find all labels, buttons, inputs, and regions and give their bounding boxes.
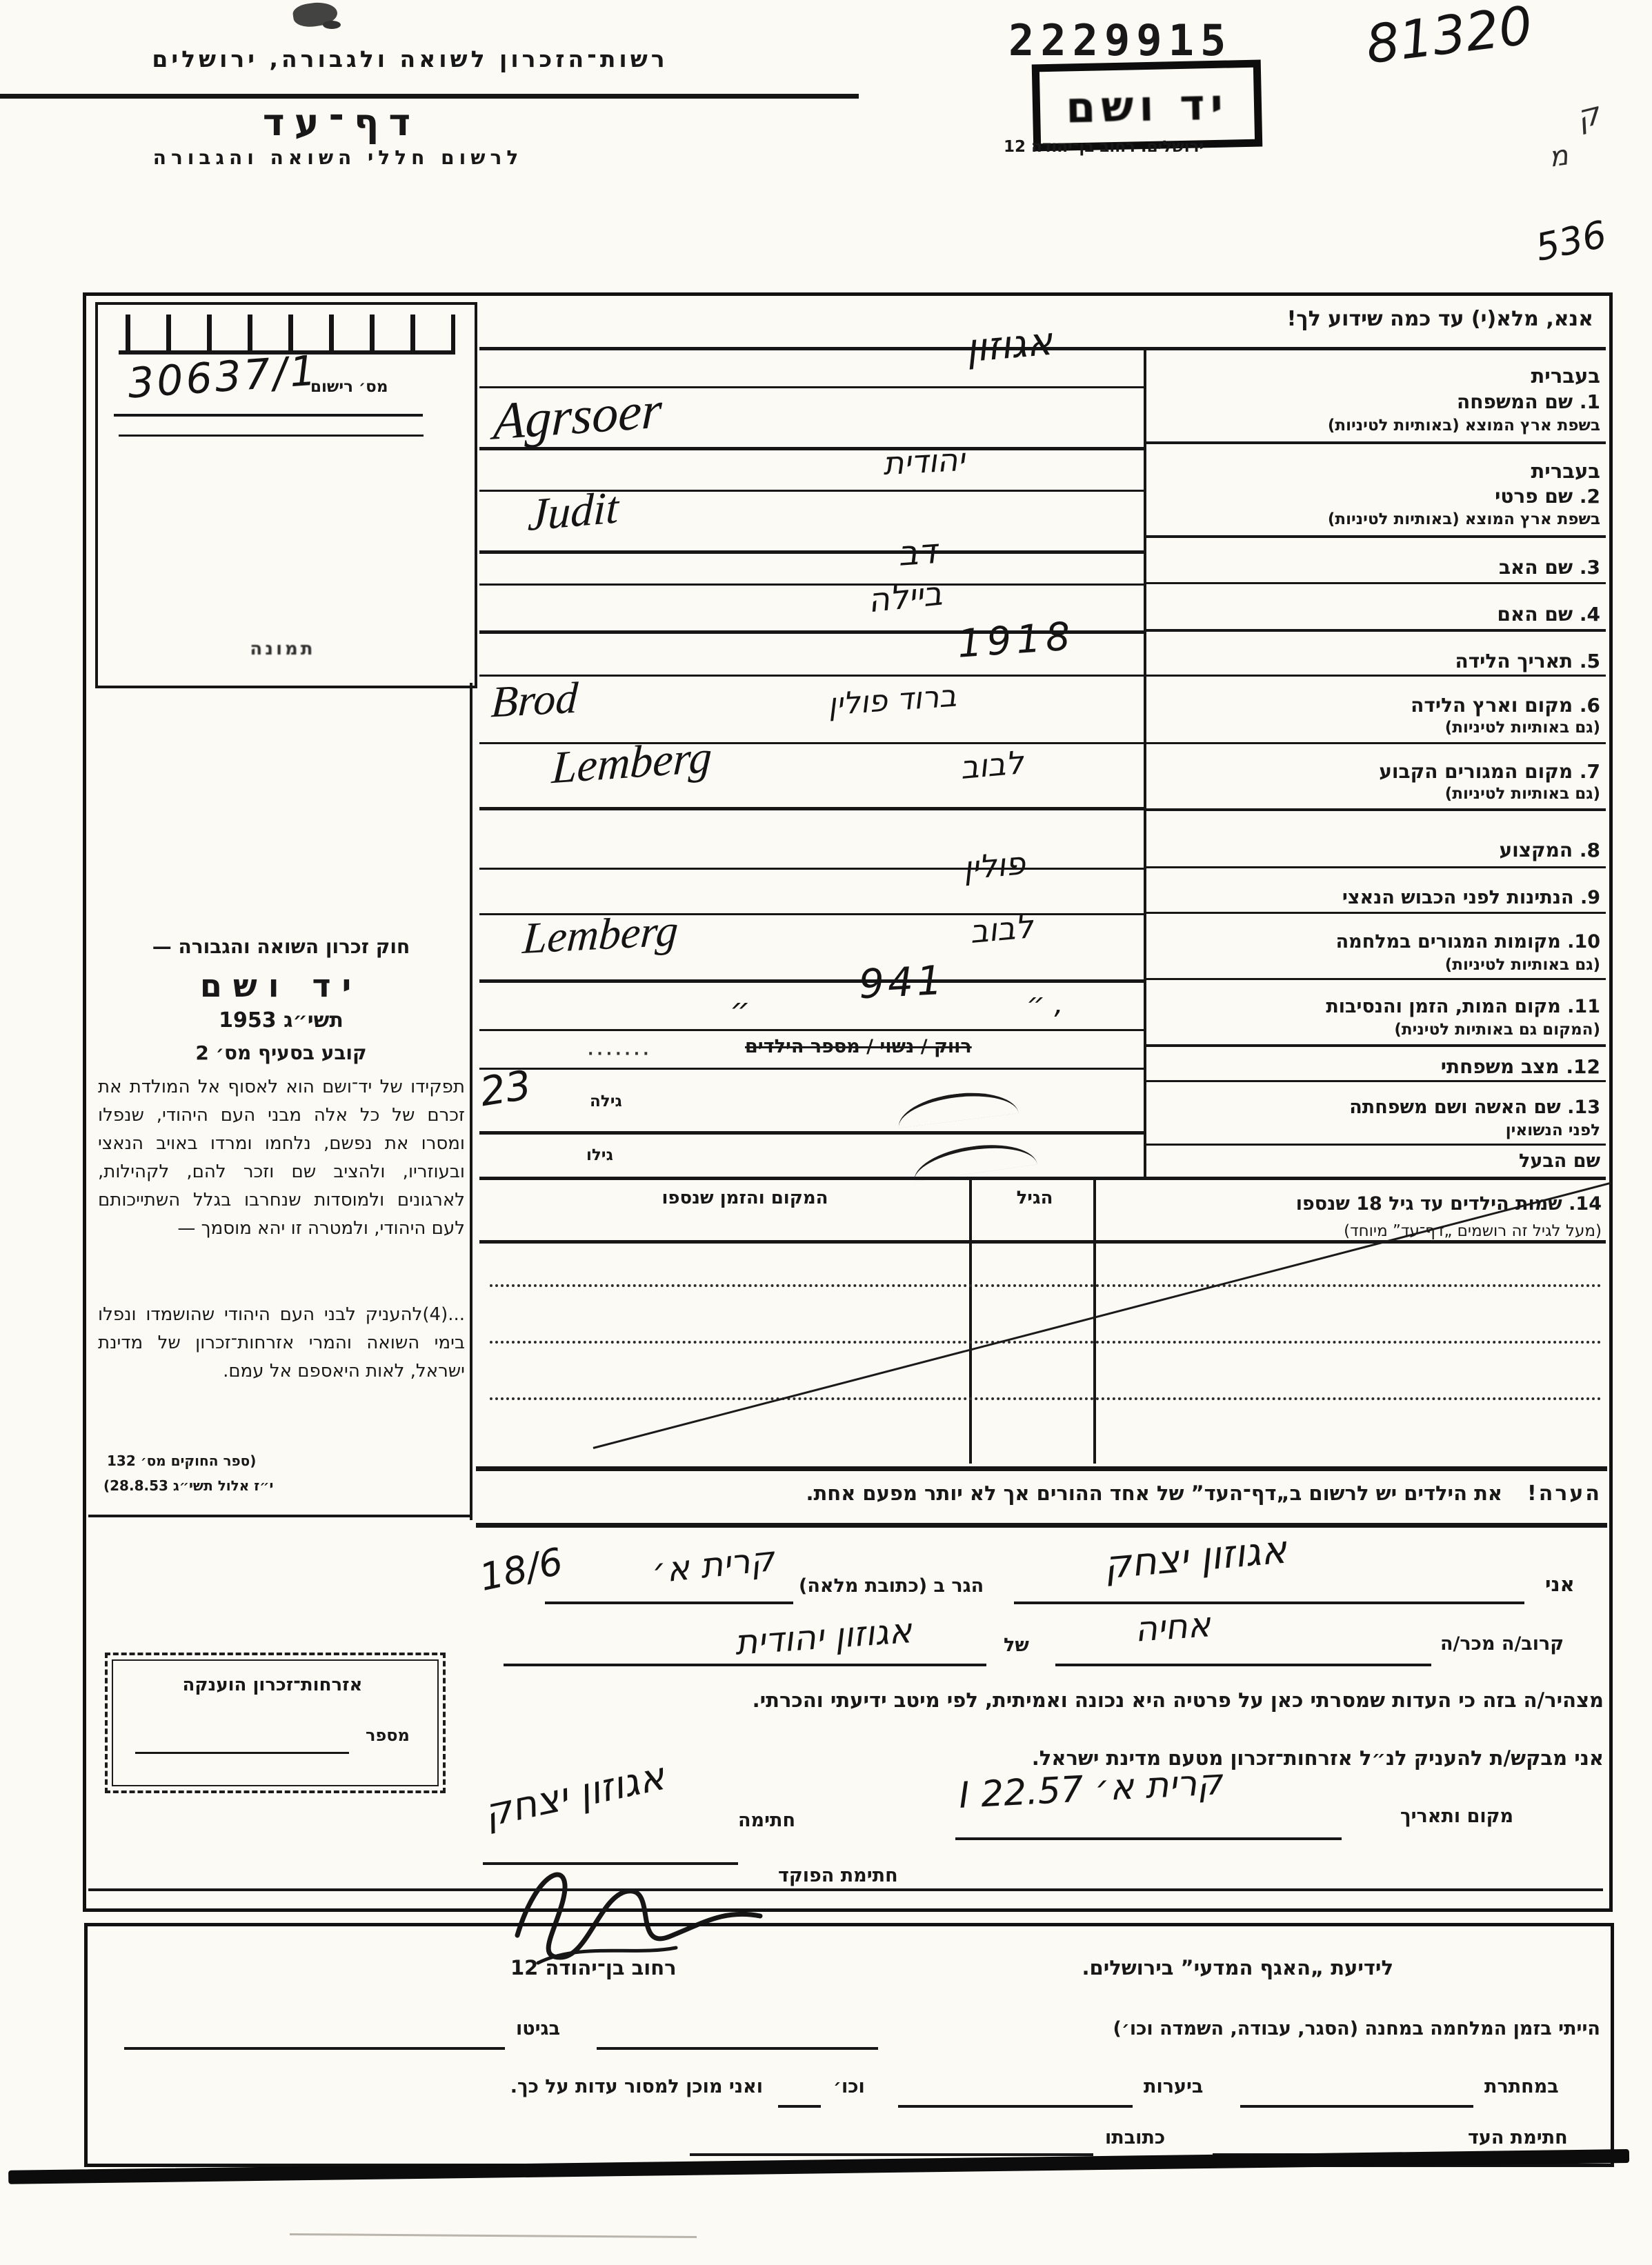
bottom-line-3a <box>1240 2105 1473 2108</box>
field-death-label: 11. מקום המות, הזמן והנסיבות <box>1148 996 1600 1017</box>
entry-birth-date: 1918 <box>956 614 1077 667</box>
photo-placeholder-label: תמונה <box>228 639 338 659</box>
declaration-of-label: של <box>1004 1635 1029 1656</box>
bottom-line-3c <box>778 2105 821 2108</box>
entry-citizenship: פולין <box>962 844 1027 887</box>
label-underline-12 <box>1146 1080 1606 1082</box>
entry-relation: אחיה <box>1133 1604 1212 1650</box>
entry-death-ditto-left: ״ <box>730 990 750 1028</box>
label-underline-10 <box>1146 978 1606 980</box>
bottom-info-row: לידיעת „האגף המדעי” בירושלים. רחוב בן־יה… <box>510 1956 1393 1979</box>
decl-line-1b <box>545 1602 793 1604</box>
entry-mother-name: ביילה <box>866 575 944 621</box>
field-spouse-label2: לפני הנשואין <box>1148 1121 1600 1139</box>
decl-line-5a <box>955 1837 1342 1840</box>
label-underline-6 <box>1146 742 1606 744</box>
bottom-ghetto-label: בגיטו <box>516 2018 560 2039</box>
write-line-2 <box>479 447 1144 450</box>
entry-father-name: דב <box>897 531 938 574</box>
stamped-number: 2229915 <box>1008 15 1232 66</box>
note-rule-top <box>476 1466 1607 1471</box>
handwritten-number: 81320 <box>1362 0 1535 75</box>
side-number: 536 <box>1532 212 1611 270</box>
field-first-lang-label: בעברית <box>1148 459 1600 483</box>
table-header-rule <box>479 1240 1606 1244</box>
field-residence-label: 7. מקום המגורים הקבוע <box>1148 760 1600 783</box>
entry-birthplace-latin: Brod <box>490 672 579 728</box>
field-father-label: 3. שם האב <box>1148 556 1600 579</box>
bottom-faint-line <box>290 2233 697 2238</box>
bottom-witness-sig-label: חתימת העד <box>1468 2127 1568 2148</box>
sidebar-footnote-1: (ספר החוקים מס׳ 132 <box>107 1453 256 1469</box>
clerk-signature-label: חתימת הפוקד <box>778 1865 898 1886</box>
note-row: הערה! את הילדים יש לרשום ב„דף־העד” של אח… <box>483 1481 1602 1506</box>
registration-line-2 <box>119 435 424 437</box>
citizenship-granted-box <box>105 1653 446 1793</box>
sidebar-law-paragraph2: ...(4)להעניק לבני העם היהודי שהושמדו ונפ… <box>98 1301 465 1386</box>
field-death-note: (המקום גם באותיות לטינית) <box>1148 1021 1600 1039</box>
label-underline-9 <box>1146 912 1606 914</box>
husband-age-label: גילו <box>586 1146 613 1164</box>
note-text: את הילדים יש לרשום ב„דף־העד” של אחד ההור… <box>806 1481 1502 1506</box>
signature-label: חתימה <box>738 1810 795 1831</box>
field-family-lang-label: בעברית <box>1148 364 1600 388</box>
bottom-line-3b <box>898 2105 1133 2108</box>
table-dotted-row-1 <box>490 1284 1602 1287</box>
scanned-testimony-page: רשות־הזכרון לשואה ולגבורה, ירושלים דף־עד… <box>0 0 1652 2265</box>
bottom-line-2b <box>124 2047 505 2050</box>
field-first-origin-note: בשפת ארץ המוצא (באותיות לטיניות) <box>1148 510 1600 528</box>
header-underline <box>0 94 859 99</box>
table-top-rule <box>479 1177 1606 1180</box>
entry-first-hebrew: יהודית <box>882 441 966 482</box>
registration-number-label: מס׳ רישום <box>310 378 388 396</box>
label-underline-13 <box>1146 1144 1606 1146</box>
note-rule-bottom <box>476 1523 1607 1528</box>
label-underline-5 <box>1146 675 1606 677</box>
write-line-12 <box>479 979 1144 983</box>
note-label: הערה! <box>1527 1481 1602 1506</box>
entry-family-latin: Agrsoer <box>492 380 663 452</box>
write-line-13 <box>479 1029 1144 1031</box>
table-col-place-time: המקום והזמן שנספו <box>573 1188 917 1208</box>
fill-instruction: אנא, מלא(י) עד כמה שידוע לך! <box>1117 307 1593 331</box>
entry-residence-hebrew: לבוב <box>959 744 1025 786</box>
field-birthplace-note: (גם באותיות לטיניות) <box>1148 719 1600 737</box>
bottom-etc-label: וכו׳ <box>833 2076 865 2097</box>
citizenship-number-line <box>135 1752 349 1754</box>
label-underline-7 <box>1146 808 1606 811</box>
decl-line-2b <box>504 1664 986 1666</box>
field-family-label: 1. שם המשפחה <box>1148 390 1600 413</box>
sidebar-footnote-2: י״ז אלול תשי״ג 28.8.53) <box>103 1477 273 1494</box>
field-residence-note: (גם באותיות לטיניות) <box>1148 785 1600 803</box>
label-underline-2 <box>1146 535 1606 538</box>
label-underline-1 <box>1146 441 1606 444</box>
write-line-15 <box>479 1131 1144 1135</box>
table-vline-1 <box>969 1177 972 1464</box>
pencil-mark-1: ק <box>1573 94 1604 136</box>
field-first-label: 2. שם פרטי <box>1148 485 1600 508</box>
entry-war-residence-hebrew: לבוב <box>968 908 1035 950</box>
field-mother-label: 4. שם האם <box>1148 603 1600 626</box>
write-line-10 <box>479 868 1144 870</box>
field-war-residence-label: 10. מקומות המגורים במלחמה <box>1148 931 1600 952</box>
field-war-residence-note: (גם באותיות לטיניות) <box>1148 956 1600 974</box>
field-family-origin-note: בשפת ארץ המוצא (באותיות לטיניות) <box>1148 417 1600 435</box>
bottom-info-address: רחוב בן־יהודה 12 <box>510 1956 677 1979</box>
bottom-address-label: כתובתו <box>1105 2127 1165 2148</box>
sidebar-section-line: קובע בסעיף מס׳ 2 <box>93 1041 469 1064</box>
pencil-mark-2: מ <box>1547 139 1570 173</box>
marital-dots: ······· <box>588 1046 653 1063</box>
form-title: דף־עד <box>228 101 455 144</box>
sidebar-year-line: תשי״ג 1953 <box>93 1008 469 1032</box>
husband-name-label: שם הבעל <box>1148 1150 1600 1172</box>
entry-family-hebrew: אגוזון <box>964 319 1054 372</box>
authority-line: רשות־הזכרון לשואה ולגבורה, ירושלים <box>84 46 736 72</box>
place-date-label: מקום ותאריך <box>1400 1806 1513 1827</box>
bottom-camp-label: הייתי בזמן המלחמה במחנה (הסגר, עבודה, הש… <box>890 2018 1600 2039</box>
label-underline-3 <box>1146 582 1606 584</box>
declaration-residing-label: הגר ב (כתובת מלאה) <box>799 1575 984 1597</box>
sidebar-divider <box>470 683 472 1520</box>
address-line: ירושלים. רחוב בן־יהודה 12 <box>1004 138 1204 156</box>
table-dotted-row-3 <box>490 1397 1602 1400</box>
label-column-divider <box>1144 350 1146 1177</box>
bottom-forests-label: ביערות <box>1144 2076 1203 2097</box>
table-dotted-row-2 <box>490 1341 1602 1344</box>
sidebar-bottom-rule <box>88 1515 472 1517</box>
scan-smudge-small <box>323 21 341 29</box>
perforation-comb <box>126 315 455 350</box>
citizenship-granted-title: אזרחות־זכרון הוענקה <box>114 1675 431 1695</box>
main-box-inner-bottom-line <box>88 1888 1603 1891</box>
sidebar-org-name: יד ושם <box>93 967 469 1004</box>
sidebar-law-title: חוק זכרון השואה והגבורה — <box>93 935 469 958</box>
label-underline-11 <box>1146 1044 1606 1047</box>
field-profession-label: 8. המקצוע <box>1148 839 1600 861</box>
entry-wife-age: 23 <box>477 1061 535 1116</box>
decl-line-1a <box>1014 1602 1524 1604</box>
write-line-5 <box>479 583 1144 586</box>
sidebar-law-paragraph: תפקידו של יד־ושם הוא לאסוף אל המולדת את … <box>98 1073 465 1243</box>
registration-line-1 <box>114 414 423 417</box>
label-underline-4 <box>1146 629 1606 632</box>
field-citizenship-label: 9. הנתינות לפני הכבוש הנאצי <box>1148 887 1600 908</box>
decl-line-2a <box>1055 1664 1431 1666</box>
yad-vashem-stamp-text: יד ושם <box>1065 79 1228 132</box>
field-birthplace-label: 6. מקום וארץ הלידה <box>1148 694 1600 717</box>
field-birthdate-label: 5. תאריך הלידה <box>1148 650 1600 672</box>
label-underline-8 <box>1146 866 1606 868</box>
declaration-i-label: אני <box>1545 1573 1575 1596</box>
wife-age-label: גילה <box>590 1092 622 1110</box>
write-line-14 <box>479 1068 1144 1070</box>
form-subtitle: לרשום חללי השואה והגבורה <box>103 146 573 169</box>
bottom-line-2a <box>597 2047 878 2050</box>
bottom-info-line: לידיעת „האגף המדעי” בירושלים. <box>1082 1956 1394 1979</box>
write-line-4 <box>479 550 1144 554</box>
citizenship-number-label: מספר <box>366 1726 410 1745</box>
bottom-underground-label: במחתרת <box>1484 2076 1559 2097</box>
table-vline-2 <box>1093 1177 1096 1464</box>
write-line-9 <box>479 807 1144 810</box>
marital-struck-options: רווק / נשוי / מספר הילדים <box>745 1036 972 1057</box>
bottom-willing-text: ואני מוכן למסור עדות על כך. <box>276 2076 763 2097</box>
field-children-note: (מעל לגיל זה רושמים „דף־עד” מיוחד) <box>1111 1222 1602 1240</box>
entry-death-year: 941 <box>857 957 946 1008</box>
declaration-relative-label: קרוב/ה מכר/ה <box>1440 1633 1564 1655</box>
field-marital-label: 12. מצב משפחתי <box>1148 1055 1600 1078</box>
entry-death-ditto-right: ״ , <box>1026 986 1064 1020</box>
entry-first-latin: Judit <box>527 481 619 542</box>
table-col-age: הגיל <box>983 1188 1086 1208</box>
bottom-line-4b <box>690 2153 1093 2156</box>
entry-war-residence-latin: Lemberg <box>521 905 680 964</box>
declaration-declare-text: מצהיר/ה בזה כי העדות שמסרתי כאן על פרטיה… <box>483 1688 1604 1712</box>
field-spouse-label: 13. שם האשה ושם משפחתה <box>1148 1097 1600 1118</box>
